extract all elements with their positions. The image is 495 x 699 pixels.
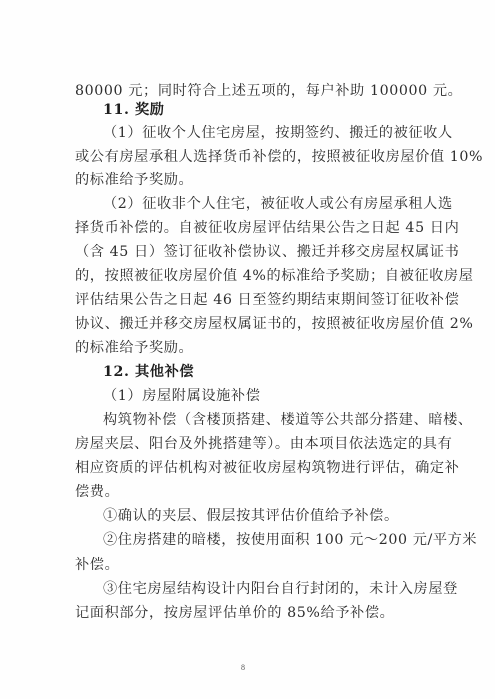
paragraph-line: ③住宅房屋结构设计内阳台自行封闭的，未计入房屋登 [103, 580, 423, 598]
paragraph-line: 择货币补偿的。自被征收房屋评估结果公告之日起 45 日内 [75, 219, 423, 237]
paragraph-line: 协议、搬迁并移交房屋权属证书的，按照被征收房屋价值 2% [75, 315, 423, 333]
paragraph-line: 的标准给予奖励。 [75, 171, 423, 189]
paragraph-line: 构筑物补偿（含楼顶搭建、楼道等公共部分搭建、暗楼、 [103, 411, 423, 429]
paragraph-line: 房屋夹层、阳台及外挑搭建等）。由本项目依法选定的具有 [75, 435, 423, 453]
paragraph-line: 的标准给予奖励。 [75, 339, 423, 357]
paragraph-line: 偿费。 [75, 483, 423, 501]
paragraph-line: 评估结果公告之日起 46 日至签约期结束期间签订征收补偿 [75, 291, 423, 309]
paragraph-line: 的，按照被征收房屋价值 4%的标准给予奖励；自被征收房屋 [75, 267, 423, 285]
paragraph-line: ①确认的夹层、假层按其评估价值给予补偿。 [103, 507, 423, 525]
paragraph-line: 记面积部分，按房屋评估单价的 85%给予补偿。 [75, 604, 423, 622]
paragraph-line: 补偿。 [75, 556, 423, 574]
paragraph-line: （含 45 日）签订征收补偿协议、搬迁并移交房屋权属证书 [75, 243, 423, 261]
document-page: 80000 元；同时符合上述五项的，每户补助 100000 元。11. 奖励（1… [0, 0, 495, 699]
paragraph-line: ②住房搭建的暗楼，按使用面积 100 元～200 元/平方米 [103, 531, 423, 549]
paragraph-line: 或公有房屋承租人选择货币补偿的，按照被征收房屋价值 10% [75, 148, 423, 166]
page-number: 8 [241, 663, 245, 672]
paragraph-line: （2）征收非个人住宅，被征收人或公有房屋承租人选 [103, 195, 423, 213]
paragraph-line: （1）房屋附属设施补偿 [103, 387, 423, 405]
paragraph-line: 80000 元；同时符合上述五项的，每户补助 100000 元。 [75, 82, 423, 100]
section-heading: 11. 奖励 [103, 101, 423, 119]
section-heading: 12. 其他补偿 [103, 363, 423, 381]
paragraph-line: 相应资质的评估机构对被征收房屋构筑物进行评估，确定补 [75, 459, 423, 477]
paragraph-line: （1）征收个人住宅房屋，按期签约、搬迁的被征收人 [103, 124, 423, 142]
